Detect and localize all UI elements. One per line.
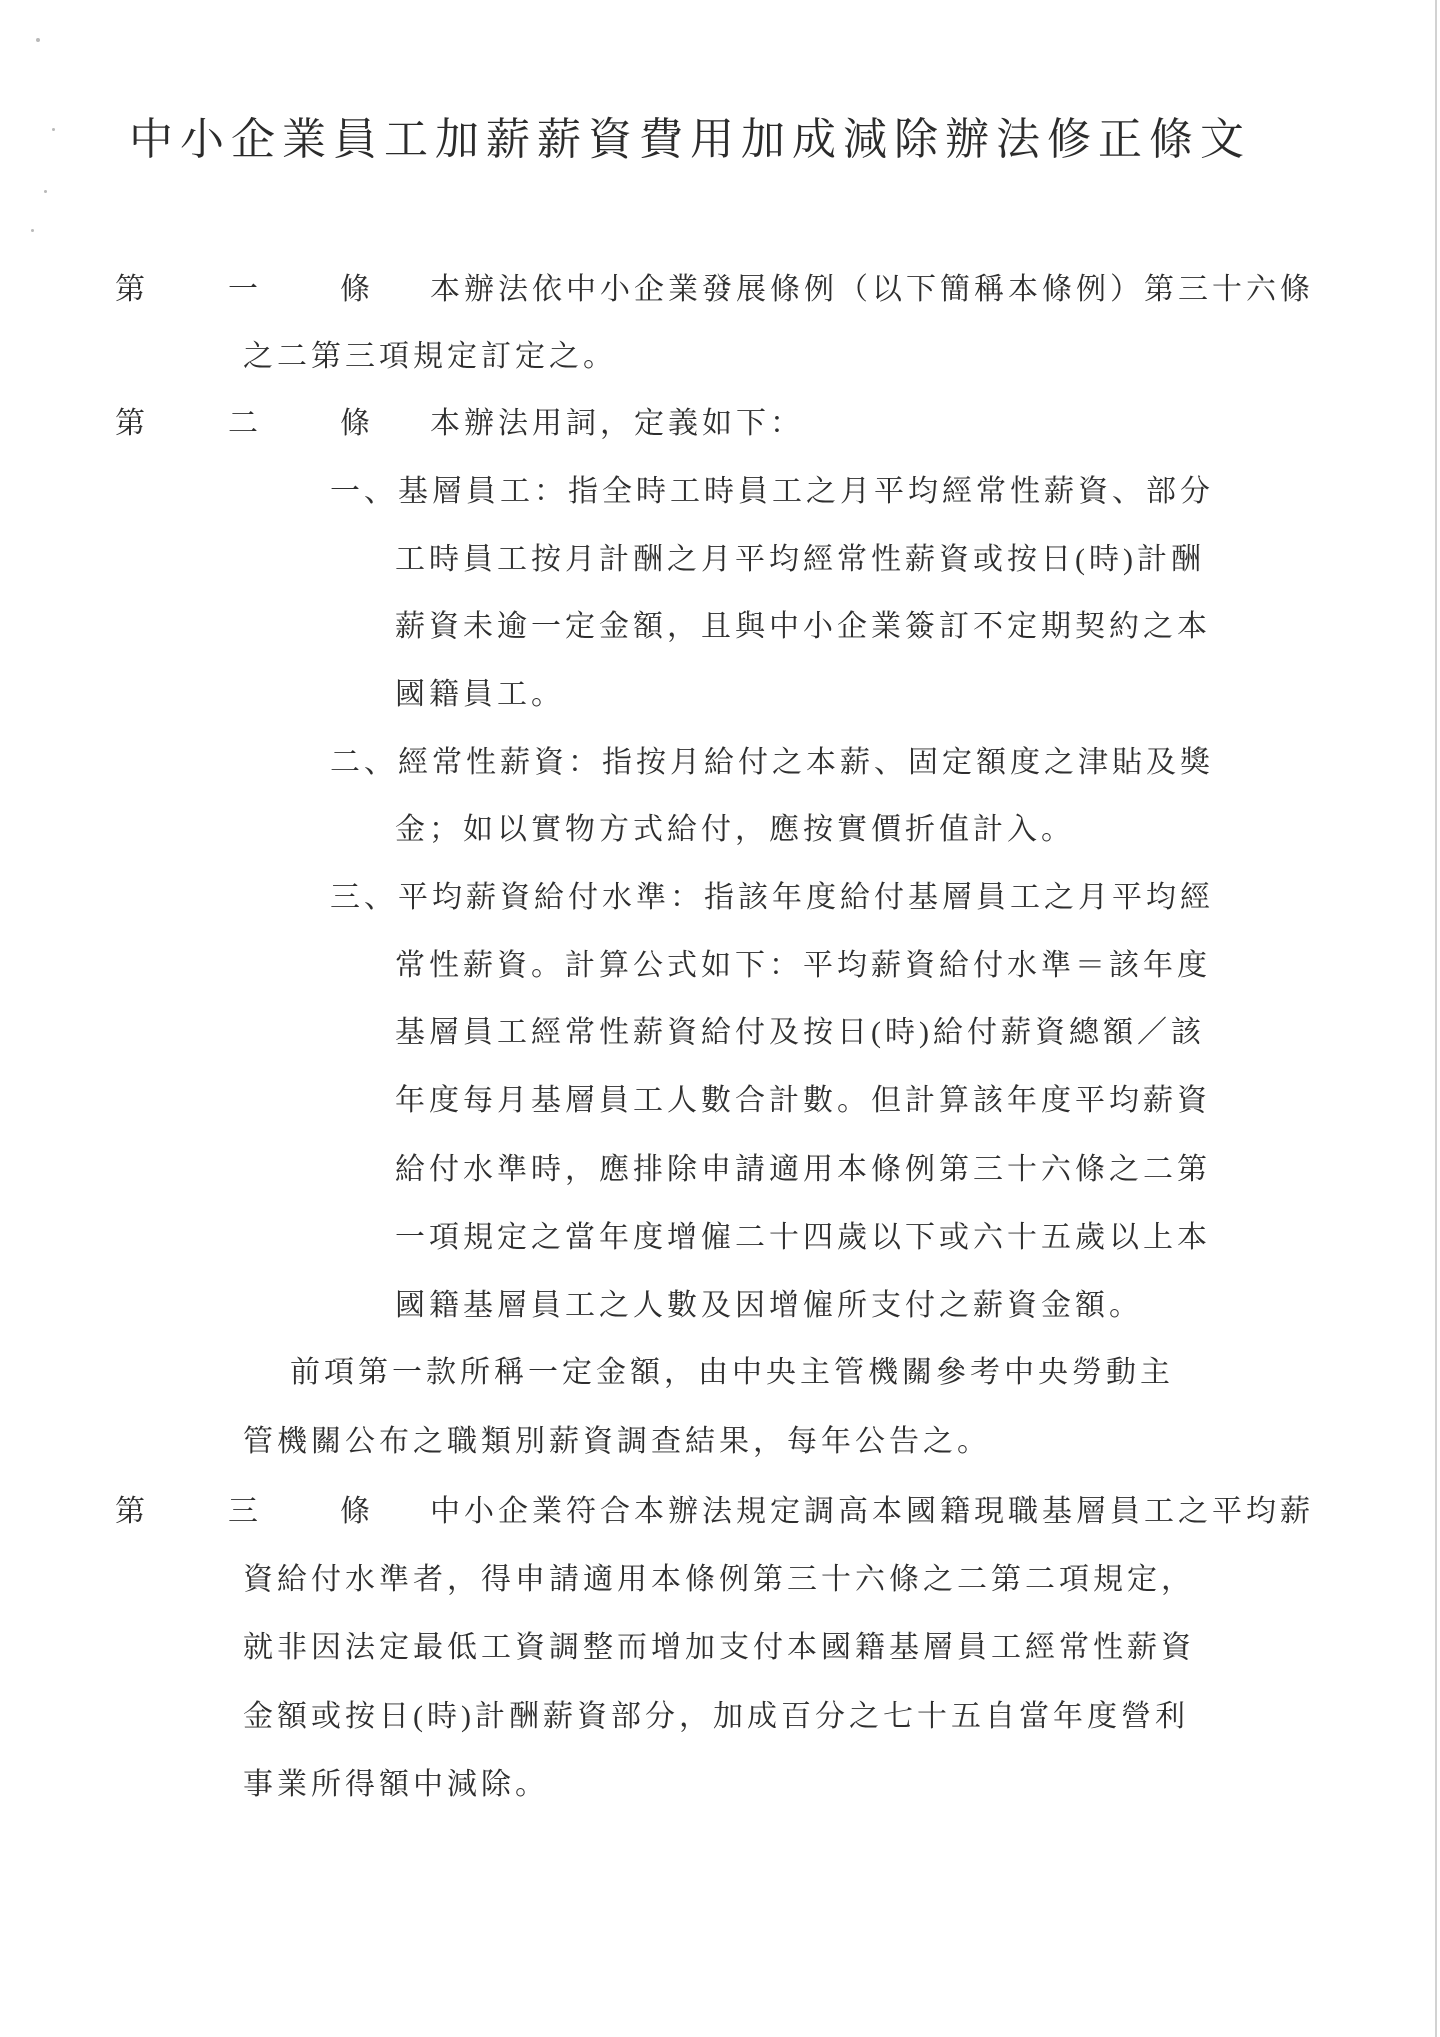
scan-speckle xyxy=(36,38,40,42)
article-2-line: 本辦法用詞，定義如下： xyxy=(430,404,804,444)
article-3-line: 中小企業符合本辦法規定調高本國籍現職基層員工之平均薪 xyxy=(430,1492,1314,1532)
article-3-line: 金額或按日(時)計酬薪資部分，加成百分之七十五自當年度營利 xyxy=(243,1697,1189,1737)
article-2-item-1-line: 薪資未逾一定金額，且與中小企業簽訂不定期契約之本 xyxy=(395,607,1211,647)
article-2-number: 二 xyxy=(228,404,258,444)
article-2-item-3-line: 給付水準時，應排除申請適用本條例第三十六條之二第 xyxy=(395,1150,1211,1190)
article-2-item-3-line: 一項規定之當年度增僱二十四歲以下或六十五歲以上本 xyxy=(395,1218,1211,1258)
article-1-line: 本辦法依中小企業發展條例（以下簡稱本條例）第三十六條 xyxy=(430,270,1314,310)
article-2-item-3-line: 三、平均薪資給付水準：指該年度給付基層員工之月平均經 xyxy=(330,878,1214,918)
article-3-number-suffix: 條 xyxy=(340,1492,370,1532)
article-2-item-3-line: 基層員工經常性薪資給付及按日(時)給付薪資總額／該 xyxy=(395,1013,1205,1053)
article-1-line: 之二第三項規定訂定之。 xyxy=(243,337,617,377)
article-2-item-3-line: 國籍基層員工之人數及因增僱所支付之薪資金額。 xyxy=(395,1286,1143,1326)
article-2-paragraph-2-line: 前項第一款所稱一定金額，由中央主管機關參考中央勞動主 xyxy=(290,1353,1174,1393)
article-3-line: 就非因法定最低工資調整而增加支付本國籍基層員工經常性薪資 xyxy=(243,1628,1195,1668)
article-2-item-2-line: 二、經常性薪資：指按月給付之本薪、固定額度之津貼及獎 xyxy=(330,743,1214,783)
article-1-number: 一 xyxy=(228,270,258,310)
article-2-item-2-line: 金；如以實物方式給付，應按實價折值計入。 xyxy=(395,810,1075,850)
article-3-line: 資給付水準者，得申請適用本條例第三十六條之二第二項規定， xyxy=(243,1560,1195,1600)
article-2-paragraph-2-line: 管機關公布之職類別薪資調查結果，每年公告之。 xyxy=(243,1422,991,1462)
article-2-number-prefix: 第 xyxy=(115,404,145,444)
article-2-item-3-line: 年度每月基層員工人數合計數。但計算該年度平均薪資 xyxy=(395,1081,1211,1121)
document-title: 中小企業員工加薪薪資費用加成減除辦法修正條文 xyxy=(0,112,1380,168)
article-3-line: 事業所得額中減除。 xyxy=(243,1765,549,1805)
scan-edge-artifact xyxy=(1435,0,1437,2037)
article-3-number-prefix: 第 xyxy=(115,1492,145,1532)
article-3-number: 三 xyxy=(228,1492,258,1532)
article-2-item-1-line: 一、基層員工：指全時工時員工之月平均經常性薪資、部分 xyxy=(330,472,1214,512)
article-2-item-3-line: 常性薪資。計算公式如下：平均薪資給付水準＝該年度 xyxy=(395,946,1211,986)
scan-speckle xyxy=(44,190,47,193)
article-2-item-1-line: 國籍員工。 xyxy=(395,675,565,715)
article-1-number-suffix: 條 xyxy=(340,270,370,310)
article-1-number-prefix: 第 xyxy=(115,270,145,310)
scan-speckle xyxy=(31,229,34,232)
article-2-number-suffix: 條 xyxy=(340,404,370,444)
article-2-item-1-line: 工時員工按月計酬之月平均經常性薪資或按日(時)計酬 xyxy=(395,540,1205,580)
document-page: 中小企業員工加薪薪資費用加成減除辦法修正條文 第 一 條 本辦法依中小企業發展條… xyxy=(0,0,1440,2037)
